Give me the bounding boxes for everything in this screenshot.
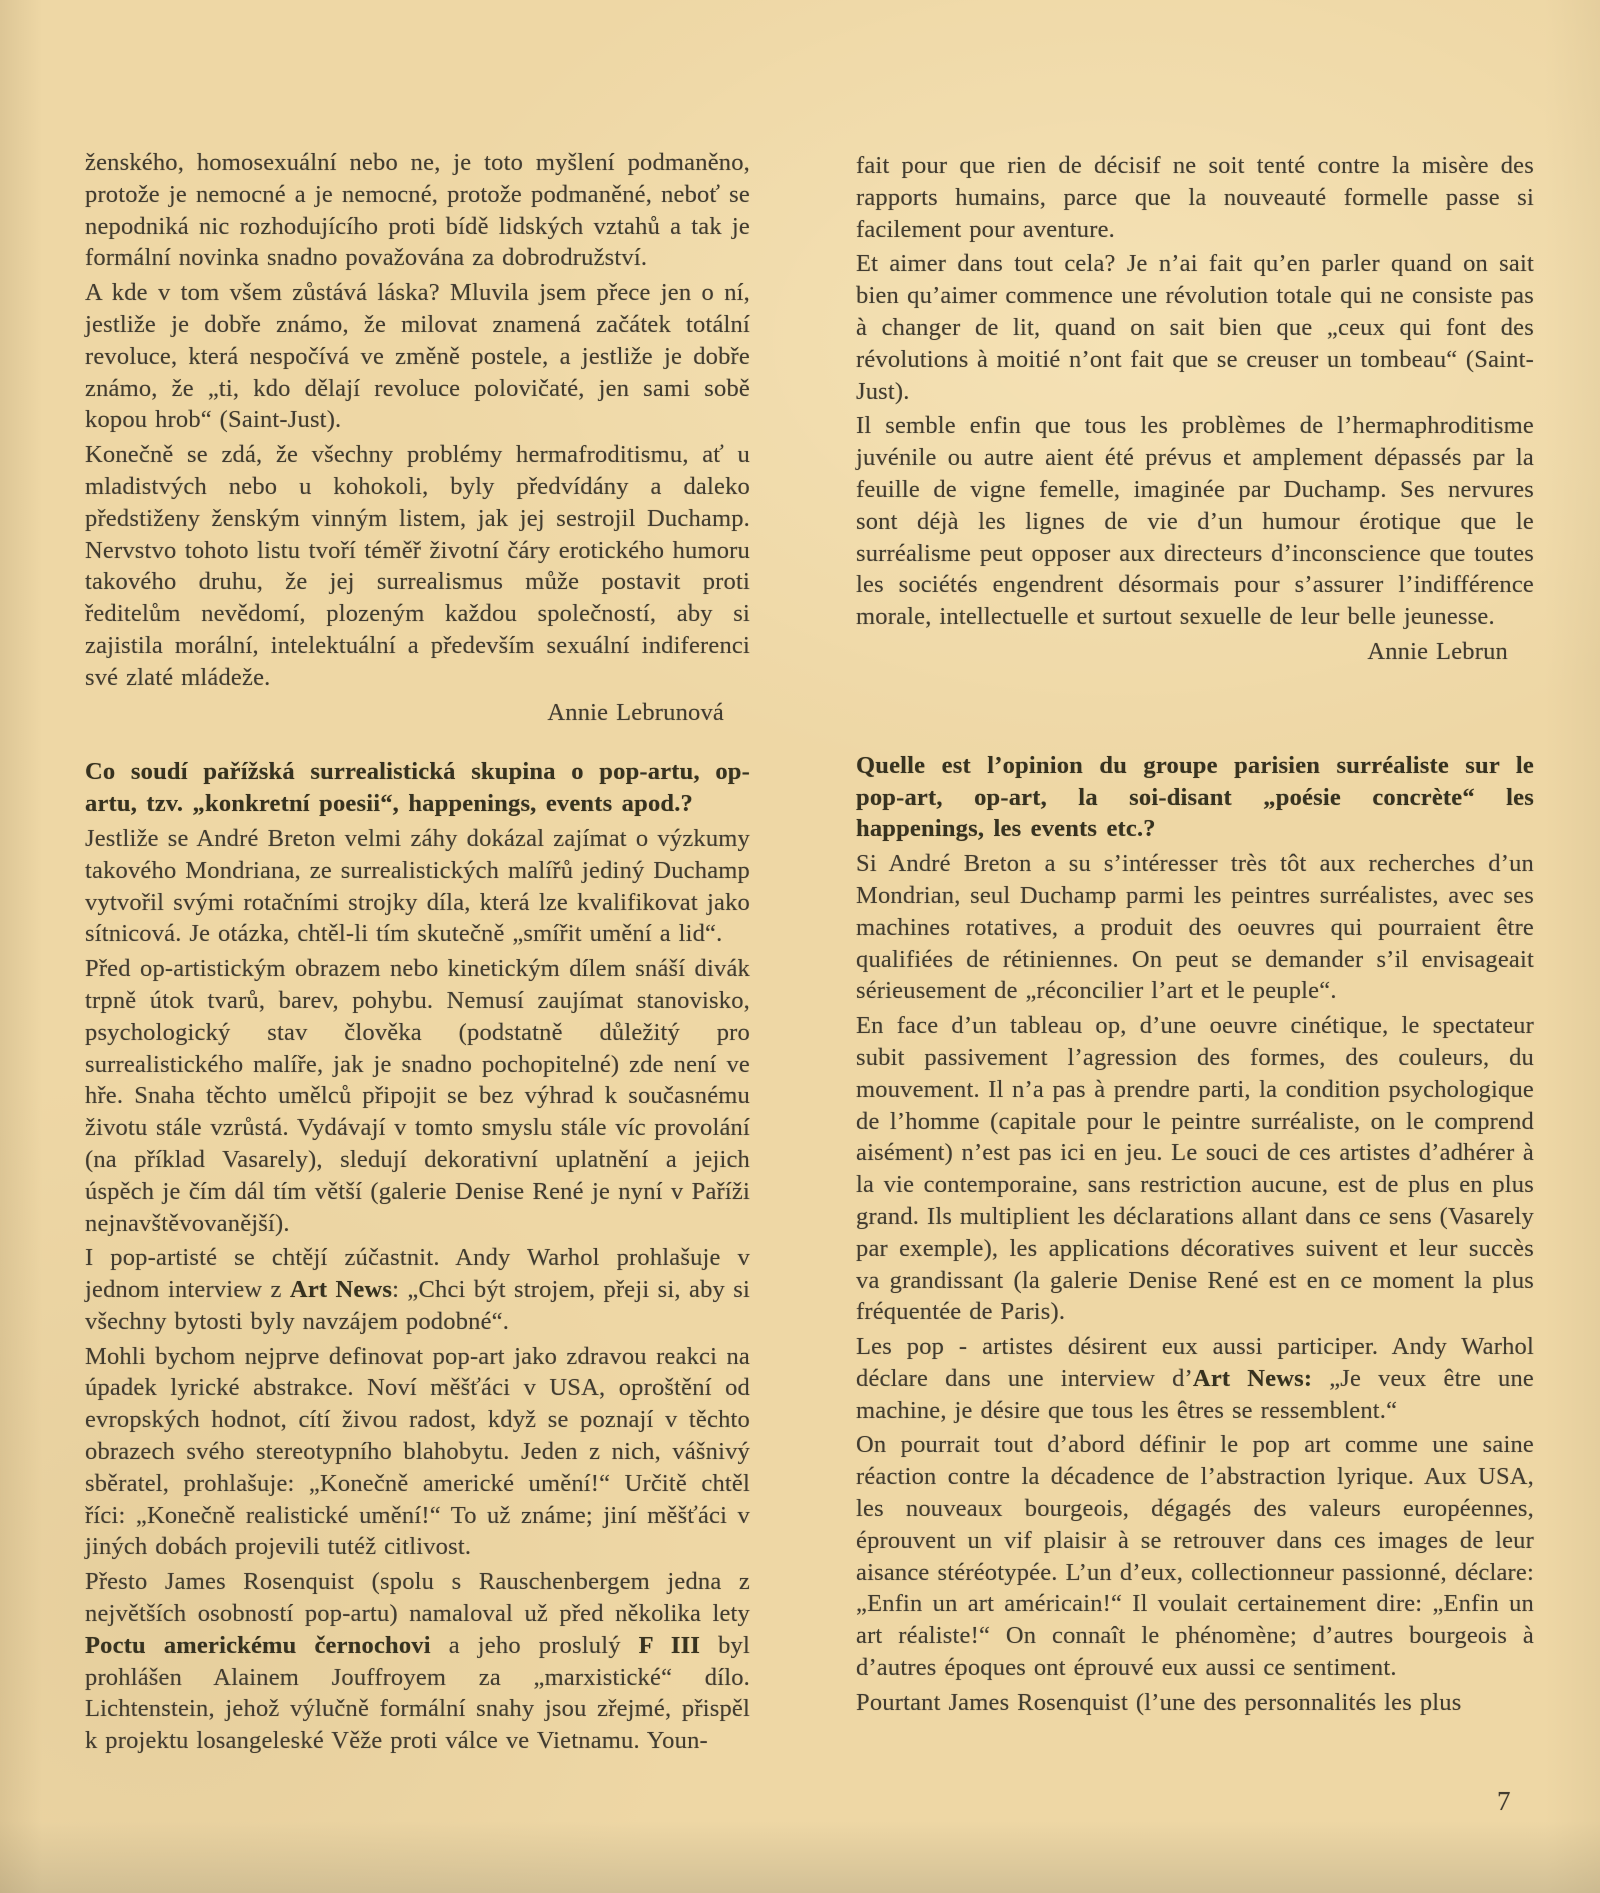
bold-text-run: F III: [639, 1632, 700, 1659]
text-run: On pourrait tout d’abord définir le pop …: [856, 1431, 1534, 1681]
text-paragraph: Si André Breton a su s’intéresser très t…: [856, 848, 1534, 1007]
text-paragraph: On pourrait tout d’abord définir le pop …: [856, 1429, 1534, 1683]
scanned-book-page: ženského, homosexuální nebo ne, je toto …: [0, 0, 1600, 1893]
text-paragraph: Konečně se zdá, že všechny problémy herm…: [85, 439, 750, 693]
text-heading: Quelle est l’opinion du groupe parisien …: [856, 750, 1534, 845]
text-run: fait pour que rien de décisif ne soit te…: [856, 152, 1534, 243]
text-paragraph: En face d’un tableau op, d’une oeuvre ci…: [856, 1010, 1534, 1328]
text-run: Et aimer dans tout cela? Je n’ai fait qu…: [856, 250, 1534, 404]
text-paragraph: Pourtant James Rosenquist (l’une des per…: [856, 1687, 1534, 1719]
text-run: Annie Lebrun: [1367, 638, 1508, 665]
text-run: Před op-artistickým obrazem nebo kinetic…: [85, 955, 750, 1236]
czech-text-column: ženského, homosexuální nebo ne, je toto …: [85, 147, 750, 1757]
text-run: ženského, homosexuální nebo ne, je toto …: [85, 149, 750, 271]
text-signature: Annie Lebrunová: [85, 697, 750, 729]
text-paragraph: Les pop - artistes désirent eux aussi pa…: [856, 1331, 1534, 1426]
bold-text-run: Poctu americkému černochovi: [85, 1632, 431, 1659]
text-run: Annie Lebrunová: [547, 699, 724, 726]
text-run: En face d’un tableau op, d’une oeuvre ci…: [856, 1012, 1534, 1325]
text-run: a jeho proslulý: [431, 1632, 639, 1659]
text-run: Jestliže se André Breton velmi záhy doká…: [85, 825, 750, 947]
text-paragraph: Il semble enfin que tous les problèmes d…: [856, 410, 1534, 633]
text-paragraph: fait pour que rien de décisif ne soit te…: [856, 150, 1534, 245]
text-paragraph: Mohli bychom nejprve definovat pop-art j…: [85, 1341, 750, 1564]
text-paragraph: A kde v tom všem zůstává láska? Mluvila …: [85, 277, 750, 436]
text-run: Mohli bychom nejprve definovat pop-art j…: [85, 1343, 750, 1561]
bold-text-run: Art News:: [1193, 1365, 1312, 1392]
text-run: Co soudí pařížská surrealistická skupina…: [85, 758, 750, 817]
text-paragraph: Jestliže se André Breton velmi záhy doká…: [85, 823, 750, 950]
text-run: A kde v tom všem zůstává láska? Mluvila …: [85, 279, 750, 433]
text-run: Si André Breton a su s’intéresser très t…: [856, 850, 1534, 1004]
bold-text-run: Art News: [290, 1276, 392, 1303]
text-paragraph: I pop-artisté se chtějí zúčastnit. Andy …: [85, 1242, 750, 1337]
page-number: 7: [1497, 1786, 1511, 1816]
text-paragraph: ženského, homosexuální nebo ne, je toto …: [85, 147, 750, 274]
text-run: Konečně se zdá, že všechny problémy herm…: [85, 441, 750, 691]
text-run: Pourtant James Rosenquist (l’une des per…: [856, 1689, 1461, 1716]
text-signature: Annie Lebrun: [856, 636, 1534, 668]
text-paragraph: Před op-artistickým obrazem nebo kinetic…: [85, 953, 750, 1239]
text-heading: Co soudí pařížská surrealistická skupina…: [85, 756, 750, 820]
text-paragraph: Přesto James Rosenquist (spolu s Rausche…: [85, 1566, 750, 1757]
text-paragraph: Et aimer dans tout cela? Je n’ai fait qu…: [856, 248, 1534, 407]
text-run: Přesto James Rosenquist (spolu s Rausche…: [85, 1568, 750, 1627]
text-run: Quelle est l’opinion du groupe parisien …: [856, 752, 1534, 843]
text-run: Il semble enfin que tous les problèmes d…: [856, 412, 1534, 630]
french-text-column: fait pour que rien de décisif ne soit te…: [856, 150, 1534, 1719]
